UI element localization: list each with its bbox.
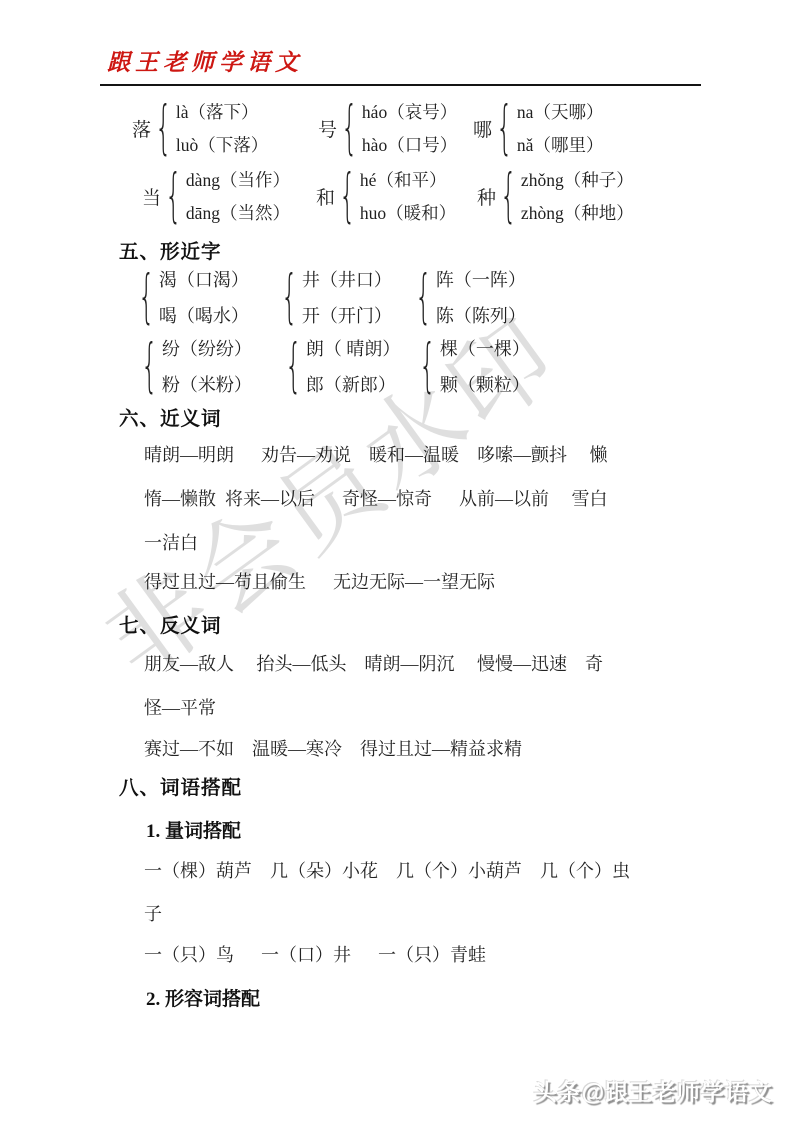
reading-line: nǎ（哪里） — [517, 132, 604, 157]
duoyinzi-group: 号 { háo（哀号） hào（口号） — [318, 99, 457, 157]
xingjinzi-group: { 渴（口渴） 喝（喝水） — [136, 266, 249, 328]
toutiao-credit-watermark: 头条@跟王老师学语文 — [534, 1074, 773, 1107]
antonym-line: 怪—平常 — [144, 694, 216, 720]
reading-line: dàng（当作） — [186, 167, 290, 192]
reading-line: là（落下） — [176, 99, 268, 124]
brace-glyph: { — [415, 269, 432, 324]
section-heading-dapei: 八、词语搭配 — [119, 772, 242, 800]
word-line: 朗（ 晴朗） — [306, 335, 401, 361]
hanzi-label: 号 — [318, 115, 337, 142]
antonym-line: 赛过—不如 温暖—寒冷 得过且过—精益求精 — [144, 735, 522, 761]
word-line: 开（开门） — [302, 302, 392, 328]
reading-line: zhǒng（种子） — [521, 167, 634, 192]
hanzi-label: 落 — [132, 115, 151, 142]
word-line: 纷（纷纷） — [162, 335, 252, 361]
document-page: 非会员水印 跟王老师学语文 落 { là（落下） luò（下落） 号 { háo… — [0, 0, 793, 1122]
xingjinzi-group: { 棵（一棵） 颗（颗粒） — [417, 335, 530, 397]
duoyinzi-group: 当 { dàng（当作） dāng（当然） — [142, 167, 290, 225]
measure-word-line: 一（棵）葫芦 几（朵）小花 几（个）小葫芦 几（个）虫 — [144, 857, 630, 883]
reading-line: luò（下落） — [176, 132, 268, 157]
section-heading-fanyici: 七、反义词 — [119, 610, 222, 638]
brace-glyph: { — [419, 338, 436, 393]
synonym-line: 一洁白 — [144, 529, 198, 555]
xingjinzi-group: { 阵（一阵） 陈（陈列） — [413, 266, 526, 328]
reading-line: hào（口号） — [362, 132, 457, 157]
brace-glyph: { — [141, 338, 158, 393]
xingjinzi-group: { 朗（ 晴朗） 郎（新郎） — [283, 335, 400, 397]
section-heading-jinyici: 六、近义词 — [119, 403, 222, 431]
brand-logo-text: 跟王老师学语文 — [107, 44, 303, 77]
xingjinzi-group: { 井（井口） 开（开门） — [279, 266, 392, 328]
word-line: 陈（陈列） — [436, 302, 526, 328]
brace-glyph: { — [341, 100, 358, 155]
word-line: 渴（口渴） — [159, 266, 249, 292]
synonym-line: 得过且过—苟且偷生 无边无际—一望无际 — [144, 568, 495, 594]
word-line: 郎（新郎） — [306, 371, 401, 397]
word-line: 粉（米粉） — [162, 371, 252, 397]
duoyinzi-group: 落 { là（落下） luò（下落） — [132, 99, 268, 157]
brace-glyph: { — [165, 168, 182, 223]
word-line: 阵（一阵） — [436, 266, 526, 292]
reading-line: huo（暖和） — [360, 200, 456, 225]
measure-word-line: 子 — [144, 900, 162, 926]
hanzi-label: 和 — [316, 183, 335, 210]
duoyinzi-group: 种 { zhǒng（种子） zhòng（种地） — [477, 167, 634, 225]
brace-glyph: { — [155, 100, 172, 155]
hanzi-label: 种 — [477, 183, 496, 210]
brace-glyph: { — [339, 168, 356, 223]
measure-word-line: 一（只）鸟 一（口）井 一（只）青蛙 — [144, 941, 486, 967]
section-heading-xingjinzi: 五、形近字 — [119, 236, 222, 264]
brace-glyph: { — [281, 269, 298, 324]
reading-line: háo（哀号） — [362, 99, 457, 124]
brace-glyph: { — [496, 100, 513, 155]
word-line: 棵（一棵） — [440, 335, 530, 361]
synonym-line: 惰—懒散 将来—以后 奇怪—惊奇 从前—以前 雪白 — [144, 485, 608, 511]
word-line: 井（井口） — [302, 266, 392, 292]
reading-line: na（天哪） — [517, 99, 604, 124]
word-line: 颗（颗粒） — [440, 371, 530, 397]
duoyinzi-group: 和 { hé（和平） huo（暖和） — [316, 167, 456, 225]
subsection-xingrongci: 2. 形容词搭配 — [146, 984, 260, 1011]
hanzi-label: 当 — [142, 183, 161, 210]
synonym-line: 晴朗—明朗 劝告—劝说 暖和—温暖 哆嗦—颤抖 懒 — [144, 441, 608, 467]
subsection-liangci: 1. 量词搭配 — [146, 816, 241, 843]
brace-glyph: { — [500, 168, 517, 223]
brace-glyph: { — [285, 338, 302, 393]
reading-line: zhòng（种地） — [521, 200, 634, 225]
antonym-line: 朋友—敌人 抬头—低头 晴朗—阴沉 慢慢—迅速 奇 — [144, 650, 603, 676]
xingjinzi-group: { 纷（纷纷） 粉（米粉） — [139, 335, 252, 397]
hanzi-label: 哪 — [473, 115, 492, 142]
header-divider — [100, 84, 701, 86]
word-line: 喝（喝水） — [159, 302, 249, 328]
reading-line: dāng（当然） — [186, 200, 290, 225]
reading-line: hé（和平） — [360, 167, 456, 192]
duoyinzi-group: 哪 { na（天哪） nǎ（哪里） — [473, 99, 603, 157]
brace-glyph: { — [138, 269, 155, 324]
